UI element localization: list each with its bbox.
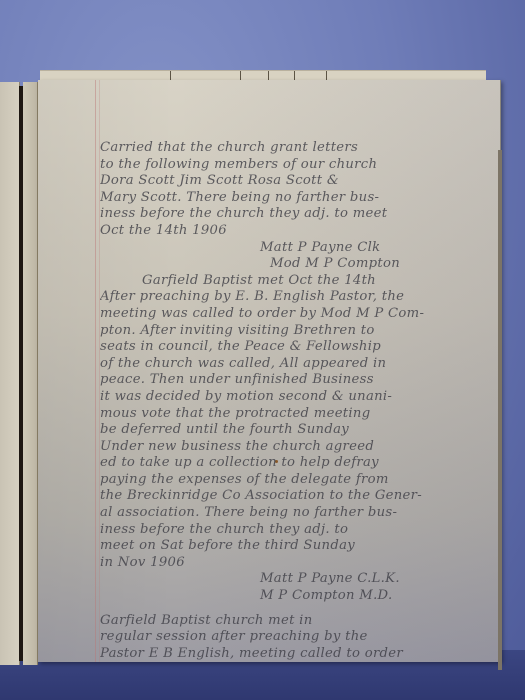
previous-page-edge <box>0 82 20 665</box>
moderator-signature: Mod M P Compton <box>100 256 495 273</box>
text-line: Pastor E B English, meeting called to or… <box>100 646 495 663</box>
text-line: regular session after preaching by the <box>100 629 495 646</box>
text-line: Oct the 14th 1906 <box>100 223 495 240</box>
moderator-signature: M P Compton M.D. <box>100 588 495 605</box>
text-line: of the church was called, All appeared i… <box>100 356 495 373</box>
text-line: be deferred until the fourth Sunday <box>100 422 495 439</box>
text-line: al association. There being no farther b… <box>100 505 495 522</box>
text-line: After preaching by E. B. English Pastor,… <box>100 289 495 306</box>
clerk-signature: Matt P Payne C.L.K. <box>100 571 495 588</box>
text-line: peace. Then under unfinished Business <box>100 372 495 389</box>
text-line: seats in council, the Peace & Fellowship <box>100 339 495 356</box>
text-line: to the following members of our church <box>100 157 495 174</box>
handwritten-minutes: Carried that the church grant letters to… <box>100 140 495 662</box>
clerk-signature: Matt P Payne Clk <box>100 240 495 257</box>
text-line: Mary Scott. There being no farther bus- <box>100 190 495 207</box>
text-line: the Breckinridge Co Association to the G… <box>100 488 495 505</box>
text-line: Dora Scott Jim Scott Rosa Scott & <box>100 173 495 190</box>
ledger-page: Carried that the church grant letters to… <box>38 80 501 662</box>
text-line: Garfield Baptist met Oct the 14th <box>100 273 495 290</box>
text-line: meeting was called to order by Mod M P C… <box>100 306 495 323</box>
text-line: ed to take up a collection to help defra… <box>100 455 495 472</box>
text-line: iness before the church they adj. to mee… <box>100 206 495 223</box>
text-line: Under new business the church agreed <box>100 439 495 456</box>
page-binding-strip <box>23 82 38 665</box>
page-right-edge <box>498 150 502 670</box>
text-line: paying the expenses of the delegate from <box>100 472 495 489</box>
text-line: in Nov 1906 <box>100 555 495 572</box>
text-line: mous vote that the protracted meeting <box>100 406 495 423</box>
text-line: meet on Sat before the third Sunday <box>100 538 495 555</box>
text-line: iness before the church they adj. to <box>100 522 495 539</box>
text-line: pton. After inviting visiting Brethren t… <box>100 323 495 340</box>
text-line: Garfield Baptist church met in <box>100 613 495 630</box>
text-line: Carried that the church grant letters <box>100 140 495 157</box>
spacer <box>100 605 495 613</box>
margin-rule <box>95 80 96 662</box>
text-line: it was decided by motion second & unani- <box>100 389 495 406</box>
